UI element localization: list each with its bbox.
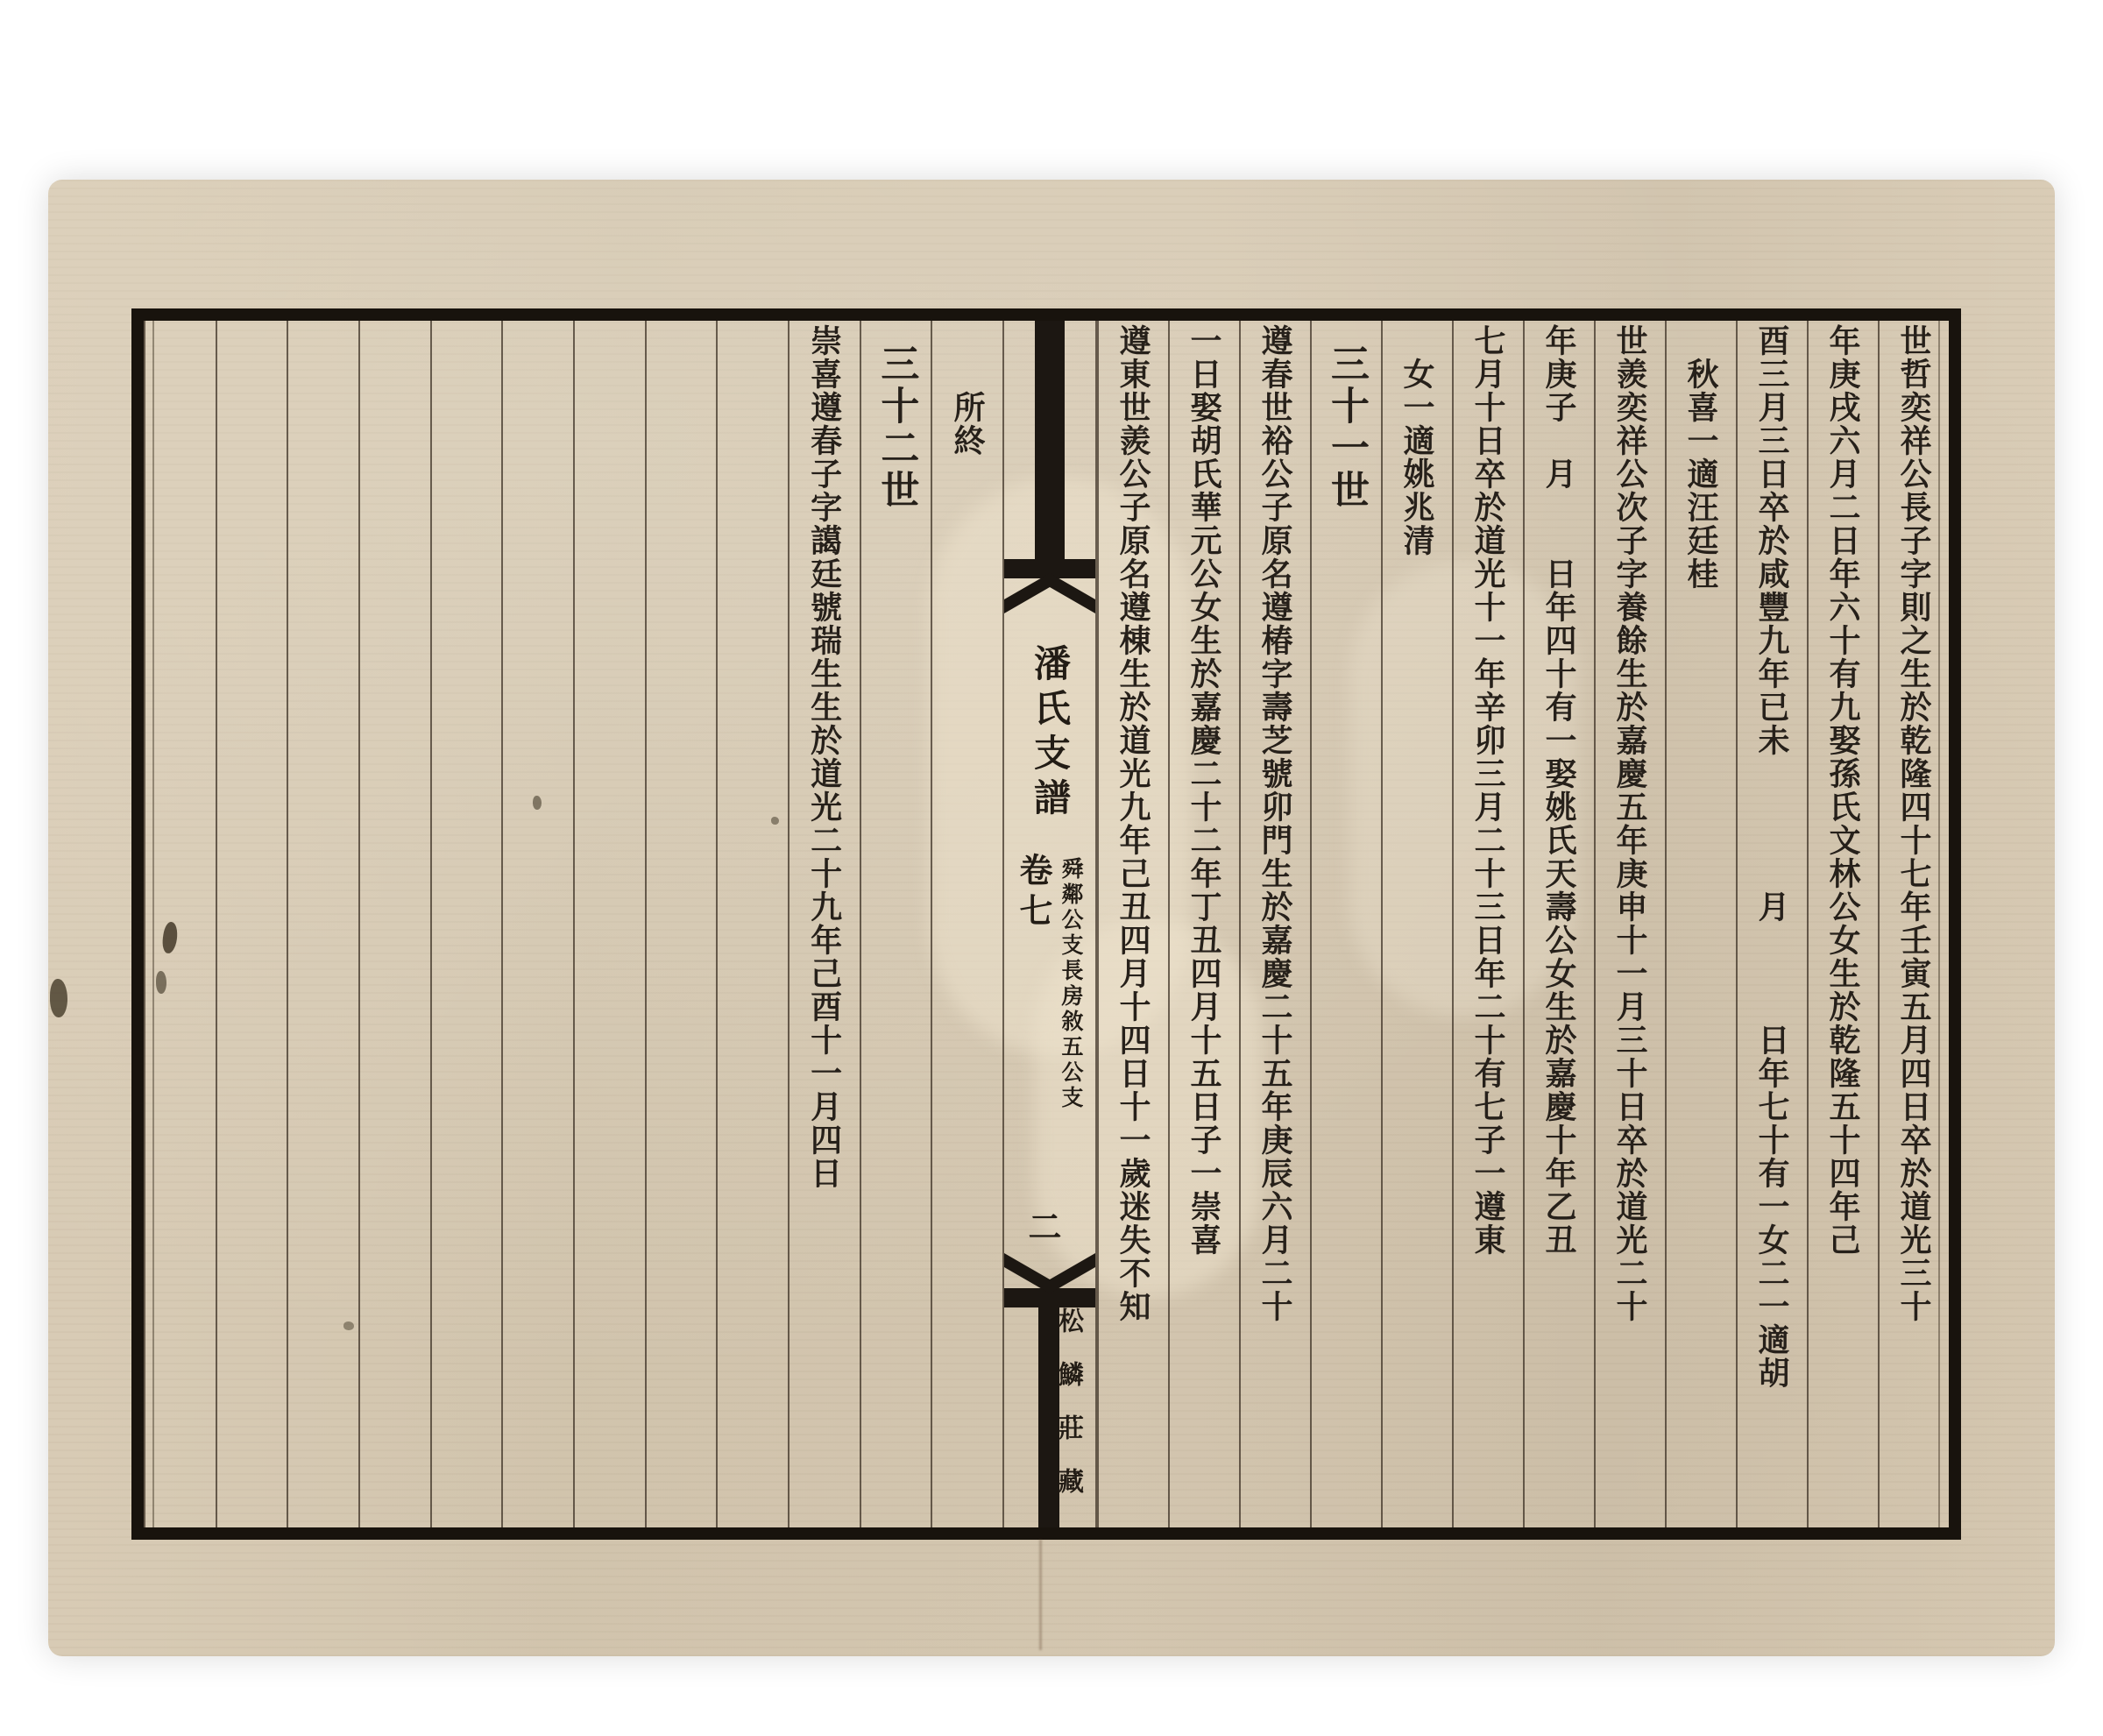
empty-column <box>216 321 287 1527</box>
genealogy-column: 酉三月三日卒於咸豐九年已未 月 日年七十有一女二一適胡 <box>1736 321 1807 1527</box>
genealogy-column: 女一適姚兆清 <box>1381 321 1452 1527</box>
fishtail-ornament-bottom <box>1004 1243 1095 1307</box>
genealogy-column: 世哲奕祥公長子字則之生於乾隆四十七年壬寅五月四日卒於道光三十 <box>1878 321 1949 1527</box>
empty-column <box>287 321 358 1527</box>
generation-header-column: 三十一世 <box>1310 321 1381 1527</box>
volume-label: 卷七 <box>1009 853 1058 933</box>
empty-column <box>430 321 502 1527</box>
empty-column <box>645 321 717 1527</box>
genealogy-column: 所終 <box>931 321 1002 1527</box>
book-title: 潘氏支譜 <box>1023 644 1076 823</box>
empty-column <box>716 321 788 1527</box>
page-crease <box>1039 1540 1042 1650</box>
ink-speck <box>156 971 166 994</box>
book-leaf-frame: 所終 三十二世 崇喜遵春子字譪廷號瑞生生於道光二十九年己酉十一月四日 潘氏支譜 … <box>131 308 1961 1540</box>
empty-column <box>501 321 573 1527</box>
center-fold: 潘氏支譜 卷七 舜鄰公支長房敘五公支 二 松鱗莊藏 <box>1002 321 1097 1527</box>
branch-note-label: 舜鄰公支長房敘五公支 <box>1055 857 1087 1111</box>
empty-column <box>573 321 645 1527</box>
genealogy-column: 年庚戌六月二日年六十有九娶孫氏文林公女生於乾隆五十四年己 <box>1807 321 1878 1527</box>
genealogy-column: 年庚子 月 日年四十有一娶姚氏天壽公女生於嘉慶十年乙丑 <box>1523 321 1594 1527</box>
genealogy-column: 遵東世羨公子原名遵棟生於道光九年己丑四月十四日十一歲迷失不知 <box>1097 321 1168 1527</box>
ink-speck <box>50 979 67 1017</box>
genealogy-column: 崇喜遵春子字譪廷號瑞生生於道光二十九年己酉十一月四日 <box>788 321 860 1527</box>
genealogy-column: 遵春世裕公子原名遵椿字壽芝號卯門生於嘉慶二十五年庚辰六月二十 <box>1239 321 1310 1527</box>
collection-seal: 松鱗莊藏 <box>1052 1307 1088 1521</box>
ink-speck <box>343 1321 354 1330</box>
scanned-genealogy-page: { "fold": { "title": "潘氏支譜", "volume": "… <box>0 0 2103 1736</box>
empty-column <box>358 321 430 1527</box>
genealogy-column: 秋喜一適汪廷桂 <box>1665 321 1736 1527</box>
left-page: 所終 三十二世 崇喜遵春子字譪廷號瑞生生於道光二十九年己酉十一月四日 <box>144 321 1002 1527</box>
empty-column <box>144 321 216 1527</box>
genealogy-column: 七月十日卒於道光十一年辛卯三月二十三日年二十有七子一遵東 <box>1452 321 1523 1527</box>
page-number: 二 <box>1018 1209 1066 1243</box>
heaven-bar <box>1035 321 1065 559</box>
right-page: 世哲奕祥公長子字則之生於乾隆四十七年壬寅五月四日卒於道光三十 年庚戌六月二日年六… <box>1097 321 1949 1527</box>
genealogy-column: 世羨奕祥公次子字養餘生於嘉慶五年庚申十一月三十日卒於道光二十 <box>1594 321 1665 1527</box>
genealogy-column: 一日娶胡氏華元公女生於嘉慶二十二年丁丑四月十五日子一崇喜 <box>1168 321 1239 1527</box>
ink-speck <box>533 796 542 810</box>
fishtail-ornament-top <box>1004 559 1095 624</box>
generation-header-column: 三十二世 <box>860 321 931 1527</box>
ink-speck <box>771 817 779 825</box>
